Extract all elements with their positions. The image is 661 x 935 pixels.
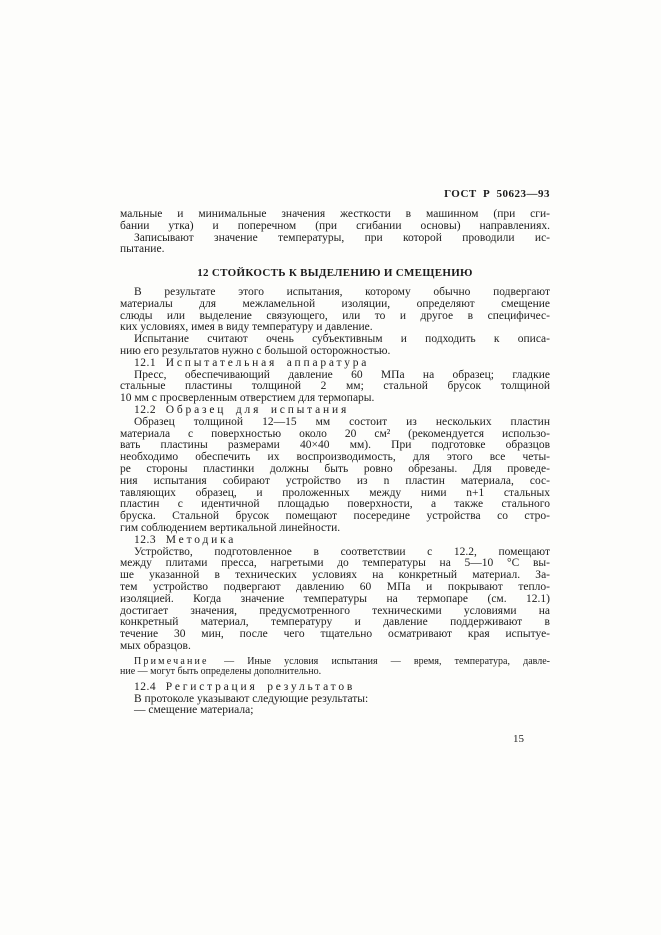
subsection-number: 12.3 [134, 534, 156, 546]
text-line: Образец толщиной 12—15 мм состоит из нес… [120, 417, 550, 429]
paragraph: Устройство, подготовленное в соответстви… [120, 547, 550, 653]
subsection-title: Регистрация результатов [156, 681, 355, 693]
subsection-title: Образец для испытания [156, 404, 349, 416]
text-line: бании утка) и поперечном (при сгибании о… [120, 221, 550, 233]
text-line: — смещение материала; [120, 705, 550, 717]
subsection-heading: 12.4 Регистрация результатов [120, 682, 550, 694]
text-line: мых образцов. [120, 641, 550, 653]
section-heading: 12 СТОЙКОСТЬ К ВЫДЕЛЕНИЮ И СМЕЩЕНИЮ [120, 268, 550, 280]
paragraph: Образец толщиной 12—15 мм состоит из нес… [120, 417, 550, 535]
text-line: ре стороны пластинки должны быть ровно о… [120, 464, 550, 476]
text-line: материалы для межламельной изоляции, опр… [120, 299, 550, 311]
page-number: 15 [120, 733, 550, 745]
text-line: пытание. [120, 244, 550, 256]
subsection-heading: 12.1 Испытательная аппаратура [120, 358, 550, 370]
text-column: ГОСТ Р 50623—93 мальные и минимальные зн… [120, 188, 550, 745]
paragraph: Пресс, обеспечивающий давление 60 МПа на… [120, 370, 550, 405]
subsection-number: 12.1 [134, 357, 156, 369]
note-line: ние — могут быть определены дополнительн… [120, 667, 550, 678]
note-label: Примечание [134, 656, 224, 667]
subsection-number: 12.2 [134, 404, 156, 416]
paragraph: — смещение материала; [120, 705, 550, 717]
paragraph: мальные и минимальные значения жесткости… [120, 209, 550, 233]
document-page: ГОСТ Р 50623—93 мальные и минимальные зн… [0, 0, 661, 935]
subsection-number: 12.4 [134, 681, 156, 693]
text-line: В результате этого испытания, которому о… [120, 287, 550, 299]
document-body: мальные и минимальные значения жесткости… [120, 209, 550, 717]
subsection-title: Методика [156, 534, 236, 546]
subsection-heading: 12.2 Образец для испытания [120, 405, 550, 417]
subsection-title: Испытательная аппаратура [156, 357, 369, 369]
note: Примечание — Иные условия испытания — вр… [120, 657, 550, 678]
subsection-heading: 12.3 Методика [120, 535, 550, 547]
text-line: Записывают значение температуры, при кот… [120, 233, 550, 245]
text-line: ния испытания собирают устройство из n п… [120, 476, 550, 488]
paragraph: Записывают значение температуры, при кот… [120, 233, 550, 257]
document-code: ГОСТ Р 50623—93 [120, 188, 550, 200]
paragraph: В результате этого испытания, которому о… [120, 287, 550, 334]
text-line: изоляцией. Когда значение температуры на… [120, 594, 550, 606]
paragraph: Испытание считают очень субъективным и п… [120, 334, 550, 358]
text-line: тем устройство подвергают давлению 60 МП… [120, 582, 550, 594]
